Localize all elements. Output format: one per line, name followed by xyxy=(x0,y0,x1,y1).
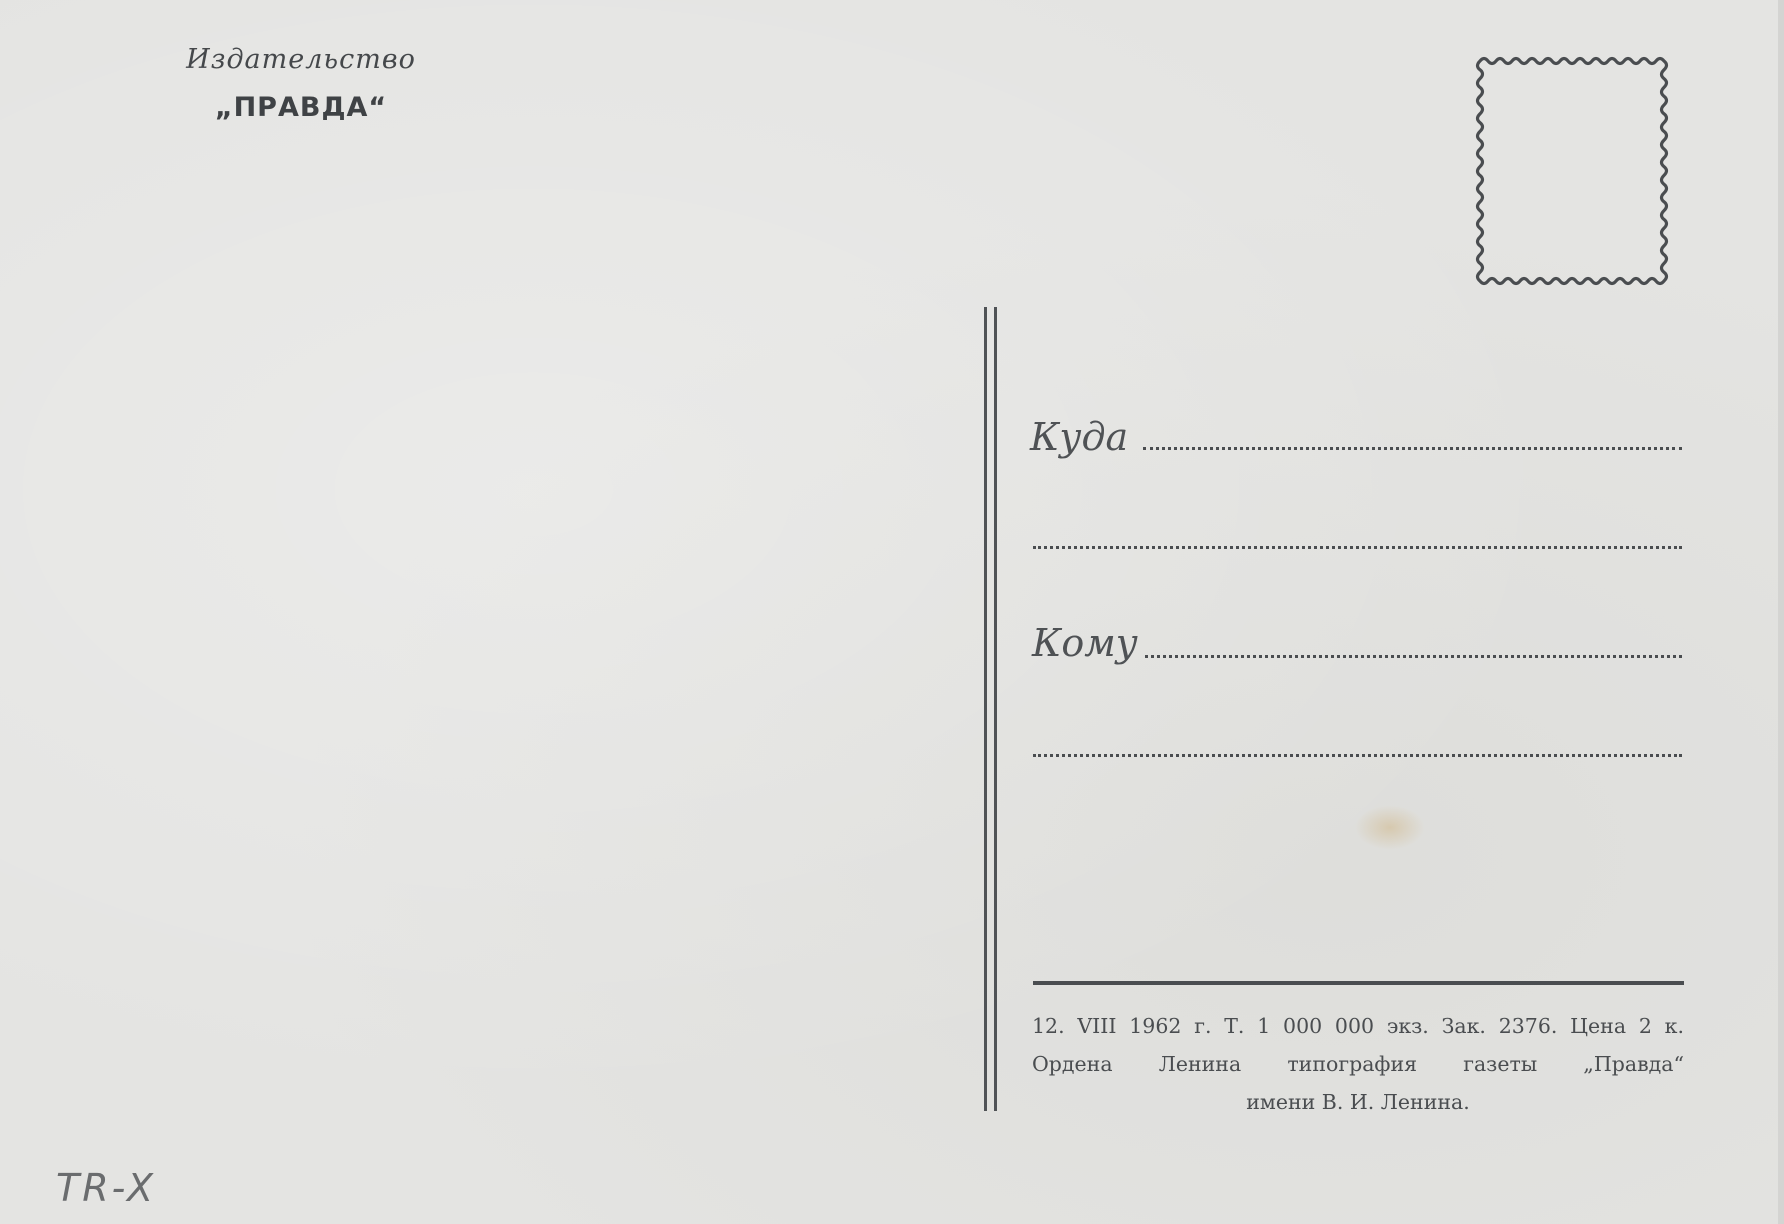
paper-stain xyxy=(1355,805,1425,850)
imprint-line-1: 12. VIII 1962 г. Т. 1 000 000 экз. Зак. … xyxy=(1032,1016,1684,1037)
to-where-line-2 xyxy=(1033,546,1682,549)
imprint-rule xyxy=(1033,981,1684,985)
publisher-label: Издательство xyxy=(176,44,426,75)
address-divider xyxy=(984,307,997,1111)
to-whom-line-1 xyxy=(1145,655,1682,658)
to-where-line-1 xyxy=(1143,447,1682,450)
to-whom-label: Кому xyxy=(1032,624,1138,662)
to-whom-line-2 xyxy=(1033,754,1682,757)
to-where-label: Куда xyxy=(1030,418,1128,456)
handwritten-note: TR-X xyxy=(56,1166,156,1210)
imprint-line-3: имени В. И. Ленина. xyxy=(1032,1092,1684,1113)
publisher-name: „ПРАВДА“ xyxy=(176,92,426,123)
imprint-line-2: Ордена Ленина типография газеты „Правда“ xyxy=(1032,1054,1684,1075)
postage-stamp-placeholder-icon xyxy=(1474,55,1670,293)
postcard-back: Издательство „ПРАВДА“ Куда Кому 12. VIII… xyxy=(0,0,1784,1224)
